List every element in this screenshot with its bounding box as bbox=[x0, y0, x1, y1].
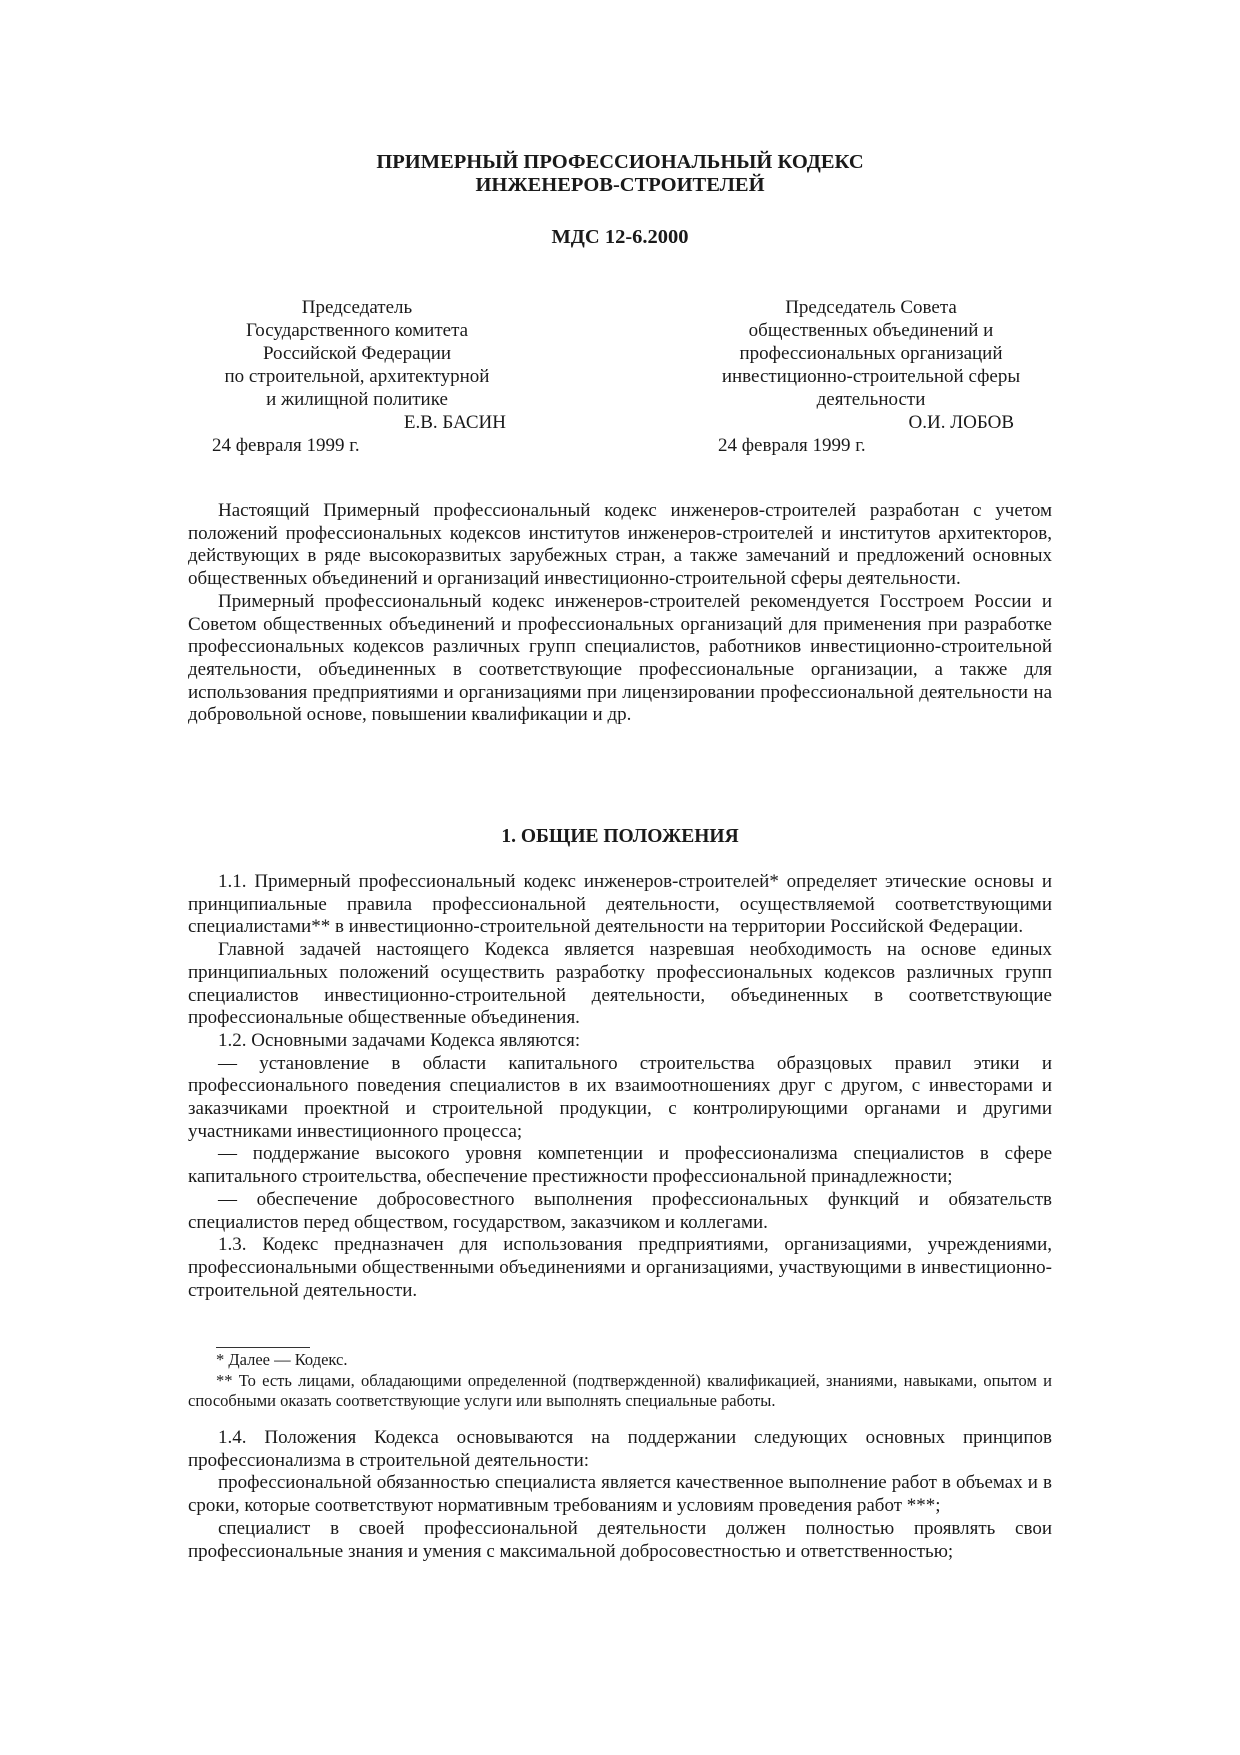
title-line-1: ПРИМЕРНЫЙ ПРОФЕССИОНАЛЬНЫЙ КОДЕКС bbox=[188, 151, 1052, 174]
paragraph: 1.4. Положения Кодекса основываются на п… bbox=[188, 1427, 1052, 1472]
footnote: ** То есть лицами, обладающими определен… bbox=[188, 1371, 1052, 1412]
signature-line: Председатель Совета bbox=[712, 296, 1030, 319]
signature-block-left: Председатель Государственного комитета Р… bbox=[208, 296, 506, 457]
signature-line: Государственного комитета bbox=[208, 319, 506, 342]
signatory-name: О.И. ЛОБОВ bbox=[712, 411, 1030, 434]
signature-line: Российской Федерации bbox=[208, 342, 506, 365]
document-title: ПРИМЕРНЫЙ ПРОФЕССИОНАЛЬНЫЙ КОДЕКС ИНЖЕНЕ… bbox=[188, 151, 1052, 197]
signature-line: и жилищной политике bbox=[208, 388, 506, 411]
signature-date: 24 февраля 1999 г. bbox=[212, 434, 506, 457]
signature-line: общественных объединений и bbox=[712, 319, 1030, 342]
paragraph: 1.1. Примерный профессиональный кодекс и… bbox=[188, 871, 1052, 939]
signature-line: профессиональных организаций bbox=[712, 342, 1030, 365]
list-item: — установление в области капитального ст… bbox=[188, 1053, 1052, 1144]
signature-line: деятельности bbox=[712, 388, 1030, 411]
footnote-separator bbox=[216, 1347, 310, 1348]
title-line-2: ИНЖЕНЕРОВ-СТРОИТЕЛЕЙ bbox=[188, 174, 1052, 197]
list-item: — обеспечение добросовестного выполнения… bbox=[188, 1189, 1052, 1234]
footnotes: * Далее — Кодекс. ** То есть лицами, обл… bbox=[188, 1350, 1052, 1412]
signature-line: инвестиционно-строительной сферы bbox=[712, 365, 1030, 388]
signature-date: 24 февраля 1999 г. bbox=[718, 434, 1030, 457]
paragraph: 1.2. Основными задачами Кодекса являются… bbox=[188, 1030, 1052, 1053]
signature-block-right: Председатель Совета общественных объедин… bbox=[712, 296, 1030, 457]
signatory-name: Е.В. БАСИН bbox=[208, 411, 506, 434]
signature-line: по строительной, архитектурной bbox=[208, 365, 506, 388]
section-1-continued: 1.4. Положения Кодекса основываются на п… bbox=[188, 1427, 1052, 1563]
signature-line: Председатель bbox=[208, 296, 506, 319]
intro-section: Настоящий Примерный профессиональный код… bbox=[188, 500, 1052, 727]
document-page: ПРИМЕРНЫЙ ПРОФЕССИОНАЛЬНЫЙ КОДЕКС ИНЖЕНЕ… bbox=[0, 0, 1240, 1755]
document-code: МДС 12-6.2000 bbox=[188, 226, 1052, 249]
paragraph: 1.3. Кодекс предназначен для использован… bbox=[188, 1234, 1052, 1302]
paragraph: специалист в своей профессиональной деят… bbox=[188, 1518, 1052, 1563]
footnote: * Далее — Кодекс. bbox=[188, 1350, 1052, 1371]
paragraph: Настоящий Примерный профессиональный код… bbox=[188, 500, 1052, 591]
section-heading: 1. ОБЩИЕ ПОЛОЖЕНИЯ bbox=[188, 825, 1052, 848]
section-1-body: 1.1. Примерный профессиональный кодекс и… bbox=[188, 871, 1052, 1302]
paragraph: профессиональной обязанностью специалист… bbox=[188, 1472, 1052, 1517]
paragraph: Главной задачей настоящего Кодекса являе… bbox=[188, 939, 1052, 1030]
list-item: — поддержание высокого уровня компетенци… bbox=[188, 1143, 1052, 1188]
paragraph: Примерный профессиональный кодекс инжене… bbox=[188, 591, 1052, 727]
